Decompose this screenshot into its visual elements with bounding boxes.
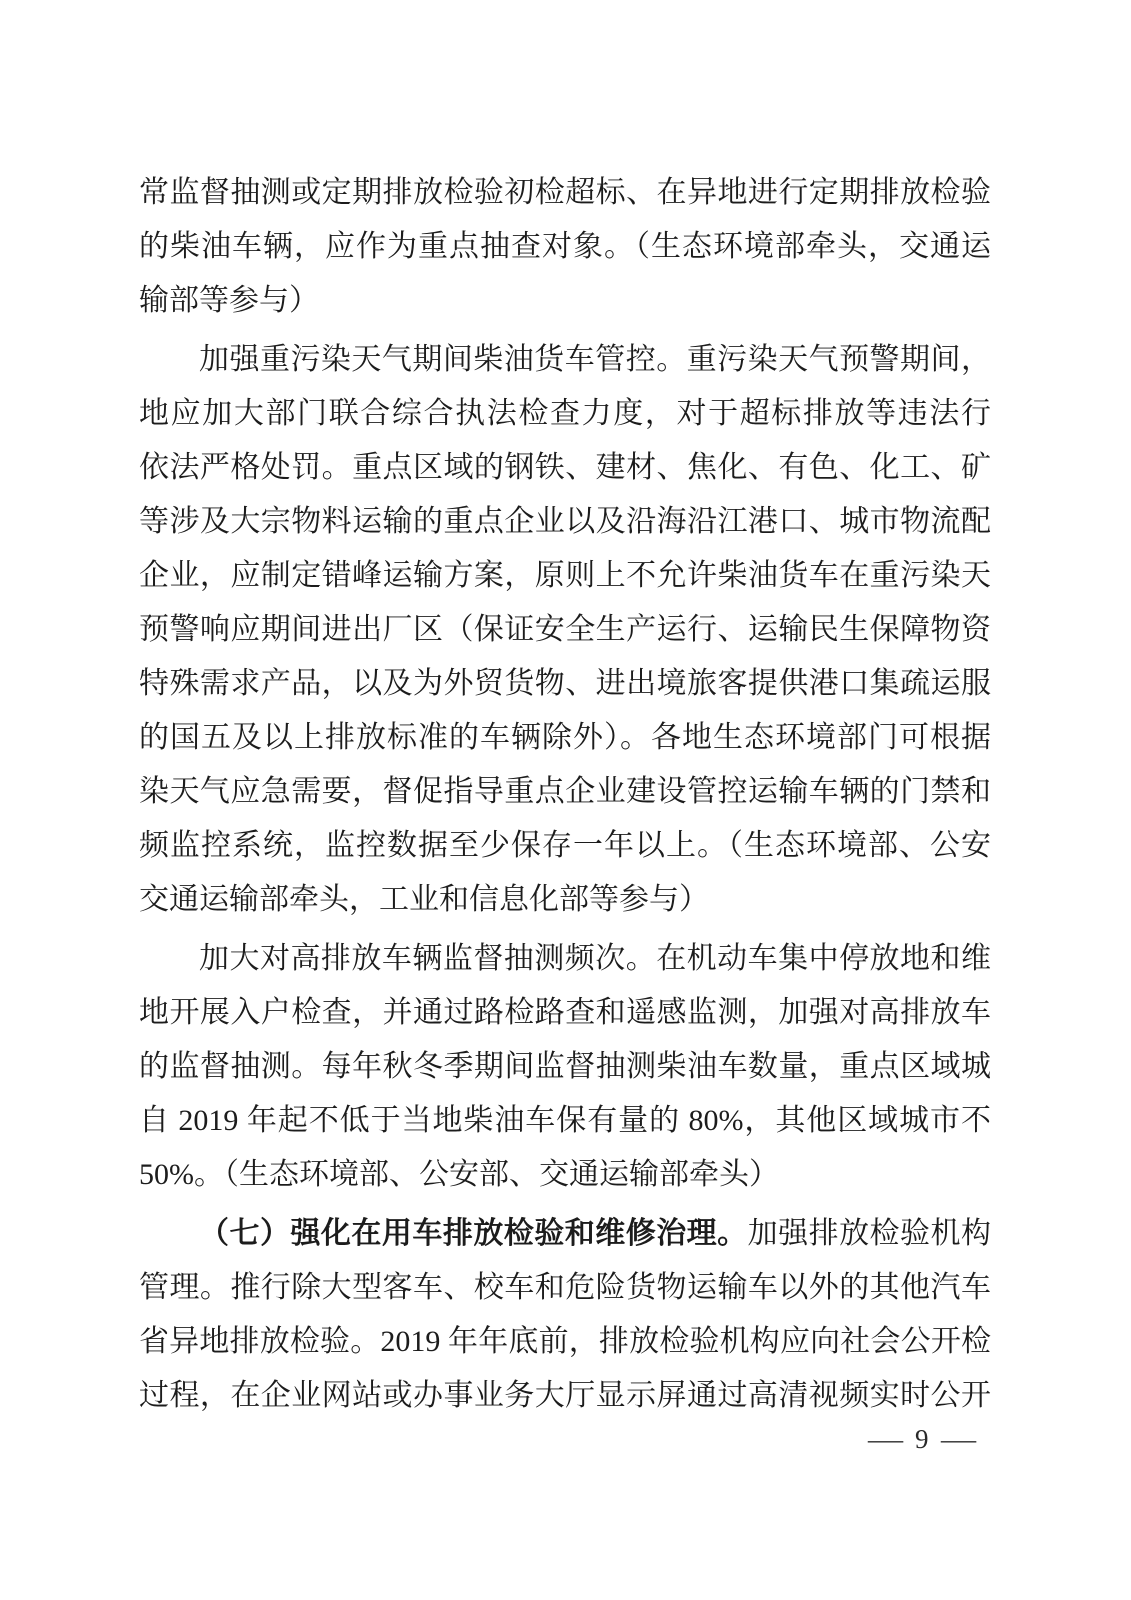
body-text: 预警响应期间进出厂区（保证安全生产运行、运输民生保障物资或 xyxy=(139,613,991,657)
text-line: 特殊需求产品，以及为外贸货物、进出境旅客提供港口集疏运服务 xyxy=(139,657,991,711)
text-line: 企业，应制定错峰运输方案，原则上不允许柴油货车在重污染天气 xyxy=(139,549,991,603)
body-text: 频监控系统，监控数据至少保存一年以上。（生态环境部、公安部、 xyxy=(139,829,991,873)
text-line: 省异地排放检验。2019 年年底前，排放检验机构应向社会公开检验 xyxy=(139,1315,991,1369)
text-line: 过程，在企业网站或办事业务大厅显示屏通过高清视频实时公开柴 xyxy=(139,1369,991,1423)
body-text: 地应加大部门联合综合执法检查力度，对于超标排放等违法行为， xyxy=(139,397,991,441)
body-text: 加强重污染天气期间柴油货车管控。重污染天气预警期间，各 xyxy=(139,343,991,387)
text-line: 加强重污染天气期间柴油货车管控。重污染天气预警期间，各 xyxy=(139,333,991,387)
page-footer: —9— xyxy=(872,1424,972,1454)
body-text: 企业，应制定错峰运输方案，原则上不允许柴油货车在重污染天气 xyxy=(139,559,991,603)
body-text: 的监督抽测。每年秋冬季期间监督抽测柴油车数量，重点区域城市 xyxy=(139,1050,991,1094)
text-line: 管理。推行除大型客车、校车和危险货物运输车以外的其他汽车跨 xyxy=(139,1261,991,1315)
body-text: 常监督抽测或定期排放检验初检超标、在异地进行定期排放检验 xyxy=(139,176,991,209)
body-text: 管理。推行除大型客车、校车和危险货物运输车以外的其他汽车跨 xyxy=(139,1271,991,1315)
text-line: 依法严格处罚。重点区域的钢铁、建材、焦化、有色、化工、矿山 xyxy=(139,441,991,495)
body-text: 地开展入户检查，并通过路检路查和遥感监测，加强对高排放车辆 xyxy=(139,996,991,1040)
text-line: 地开展入户检查，并通过路检路查和遥感监测，加强对高排放车辆 xyxy=(139,986,991,1040)
bold-heading-text: （七）强化在用车排放检验和维修治理。 xyxy=(199,1217,748,1250)
text-line: 的国五及以上排放标准的车辆除外）。各地生态环境部门可根据重污 xyxy=(139,711,991,765)
body-text: 的柴油车辆，应作为重点抽查对象。（生态环境部牵头，交通运 xyxy=(139,230,991,263)
text-line: 50%。（生态环境部、公安部、交通运输部牵头） xyxy=(139,1148,991,1202)
text-line: 常监督抽测或定期排放检验初检超标、在异地进行定期排放检验 xyxy=(139,166,991,220)
body-text: 自 2019 年起不低于当地柴油车保有量的 80%，其他区域城市不低于 xyxy=(139,1104,991,1148)
footer-left-dash: — xyxy=(868,1424,903,1454)
text-line: （七）强化在用车排放检验和维修治理。加强排放检验机构监督 xyxy=(139,1207,991,1261)
text-line: 频监控系统，监控数据至少保存一年以上。（生态环境部、公安部、 xyxy=(139,819,991,873)
text-line: 加大对高排放车辆监督抽测频次。在机动车集中停放地和维修 xyxy=(139,932,991,986)
body-text: 省异地排放检验。2019 年年底前，排放检验机构应向社会公开检验 xyxy=(139,1325,991,1369)
text-line: 染天气应急需要，督促指导重点企业建设管控运输车辆的门禁和视 xyxy=(139,765,991,819)
document-page: 常监督抽测或定期排放检验初检超标、在异地进行定期排放检验的柴油车辆，应作为重点抽… xyxy=(0,0,1131,1600)
footer-right-dash: — xyxy=(940,1424,975,1454)
body-text: 输部等参与） xyxy=(139,284,319,317)
text-line: 地应加大部门联合综合执法检查力度，对于超标排放等违法行为， xyxy=(139,387,991,441)
body-text: 过程，在企业网站或办事业务大厅显示屏通过高清视频实时公开柴 xyxy=(139,1379,991,1423)
text-line: 等涉及大宗物料运输的重点企业以及沿海沿江港口、城市物流配送 xyxy=(139,495,991,549)
text-line: 输部等参与） xyxy=(139,274,991,328)
body-text: 50%。（生态环境部、公安部、交通运输部牵头） xyxy=(139,1158,779,1191)
body-text: 加大对高排放车辆监督抽测频次。在机动车集中停放地和维修 xyxy=(139,942,991,986)
body-text: 染天气应急需要，督促指导重点企业建设管控运输车辆的门禁和视 xyxy=(139,775,991,819)
text-line: 的柴油车辆，应作为重点抽查对象。（生态环境部牵头，交通运 xyxy=(139,220,991,274)
body-text: 特殊需求产品，以及为外贸货物、进出境旅客提供港口集疏运服务 xyxy=(139,667,991,711)
body-text: 等涉及大宗物料运输的重点企业以及沿海沿江港口、城市物流配送 xyxy=(139,505,991,549)
body-text: 交通运输部牵头，工业和信息化部等参与） xyxy=(139,883,709,916)
text-line: 交通运输部牵头，工业和信息化部等参与） xyxy=(139,873,991,927)
text-line: 预警响应期间进出厂区（保证安全生产运行、运输民生保障物资或 xyxy=(139,603,991,657)
text-line: 的监督抽测。每年秋冬季期间监督抽测柴油车数量，重点区域城市 xyxy=(139,1040,991,1094)
document-body: 常监督抽测或定期排放检验初检超标、在异地进行定期排放检验的柴油车辆，应作为重点抽… xyxy=(139,166,991,1423)
body-text: 依法严格处罚。重点区域的钢铁、建材、焦化、有色、化工、矿山 xyxy=(139,451,991,495)
body-text: 的国五及以上排放标准的车辆除外）。各地生态环境部门可根据重污 xyxy=(139,721,991,765)
text-line: 自 2019 年起不低于当地柴油车保有量的 80%，其他区域城市不低于 xyxy=(139,1094,991,1148)
page-number: 9 xyxy=(915,1424,929,1454)
